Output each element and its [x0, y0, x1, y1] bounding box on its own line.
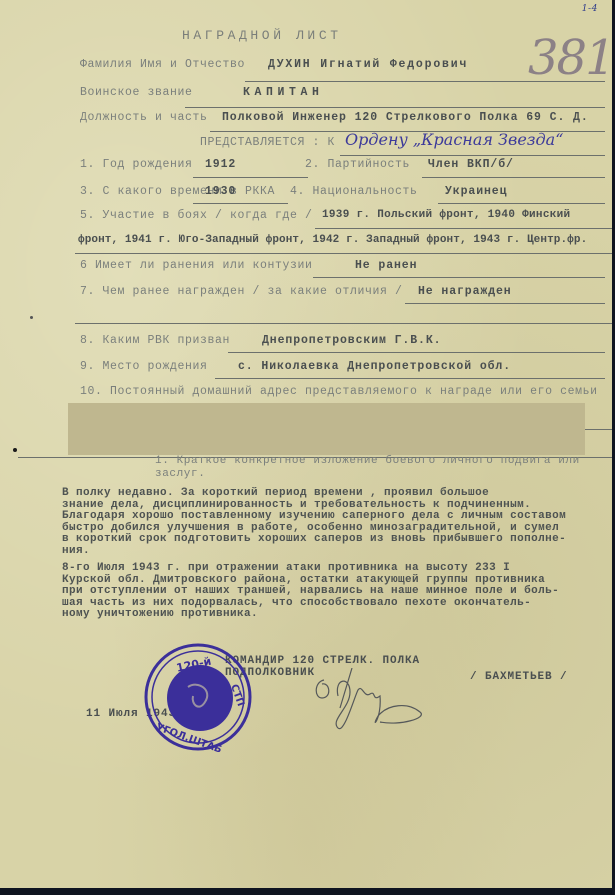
battles-value-line2: фронт, 1941 г. Юго-Западный фронт, 1942 …: [78, 234, 587, 246]
corner-mark: 1-4: [582, 4, 598, 14]
award-sheet-document: 1-4 НАГРАДНОЙ ЛИСТ 381 Фамилия Имя и Отч…: [0, 0, 612, 888]
nationality-underline: [438, 203, 605, 204]
birth-year-value: 1912: [205, 158, 236, 171]
section-header: 1. Краткое конкретное изложение боевого …: [155, 455, 585, 481]
birthplace-value: с. Николаевка Днепропетровской обл.: [238, 360, 511, 373]
narrative-line: в короткий срок подготовить хороших сапе…: [62, 534, 566, 546]
service-since-label: 3. С какого времени в РККА: [80, 185, 275, 198]
narrative-line: ному уничтожению противника.: [62, 609, 559, 621]
birthplace-label: 9. Место рождения: [80, 360, 208, 373]
narrative-paragraph-1: В полку недавно. За короткий период врем…: [62, 488, 566, 558]
service-since-value: 1930: [205, 185, 236, 198]
battles-label: 5. Участие в боях / когда где /: [80, 209, 313, 222]
battles-underline-1: [315, 228, 612, 229]
archive-number: 381: [528, 30, 612, 86]
address-redaction-box: [68, 403, 585, 455]
party-underline: [422, 177, 605, 178]
birthplace-underline: [215, 378, 605, 379]
handwritten-signature-icon: [310, 668, 445, 748]
position-label: Должность и часть: [80, 111, 208, 124]
rank-label: Воинское звание: [80, 86, 193, 99]
nominated-label: ПРЕДСТАВЛЯЕТСЯ : К: [200, 136, 335, 149]
wounds-label: 6 Имеет ли ранения или контузии: [80, 259, 313, 272]
narrative-line: ния.: [62, 546, 566, 558]
party-value: Член ВКП/б/: [428, 158, 514, 171]
narrative-paragraph-2: 8-го Июля 1943 г. при отражении атаки пр…: [62, 563, 559, 621]
document-title: НАГРАДНОЙ ЛИСТ: [182, 28, 342, 43]
address-underline-stub: [585, 429, 612, 430]
rvk-label: 8. Каким РВК призван: [80, 334, 230, 347]
nationality-value: Украинец: [445, 185, 507, 198]
service-since-underline: [193, 203, 288, 204]
battles-value-line1: 1939 г. Польский фронт, 1940 Финский: [322, 209, 570, 221]
wounds-value: Не ранен: [355, 259, 417, 272]
name-underline: [245, 81, 605, 82]
name-value: ДУХИН Игнатий Федорович: [268, 58, 468, 71]
narrative-line: 8-го Июля 1943 г. при отражении атаки пр…: [62, 563, 559, 575]
awards-underline-2: [75, 323, 612, 324]
nominated-value: Ордену „Красная Звезда“: [345, 130, 563, 149]
rank-underline: [185, 107, 605, 108]
birth-year-underline: [193, 177, 308, 178]
position-value: Полковой Инженер 120 Стрелкового Полка 6…: [222, 111, 589, 124]
rvk-underline: [228, 352, 605, 353]
address-label: 10. Постоянный домашний адрес представля…: [80, 385, 598, 398]
birth-year-label: 1. Год рождения: [80, 158, 193, 171]
rank-value: КАПИТАН: [243, 86, 324, 99]
signatory-name: / БАХМЕТЬЕВ /: [470, 671, 568, 683]
ink-speck: [13, 448, 17, 452]
wounds-underline: [313, 277, 605, 278]
battles-underline-2: [75, 253, 612, 254]
party-label: 2. Партийность: [305, 158, 410, 171]
unit-stamp-icon: 120-й УГОЛ.ШТАБ СТП: [143, 642, 253, 752]
ink-speck: [30, 316, 33, 319]
name-label: Фамилия Имя и Отчество: [80, 58, 245, 71]
narrative-line: В полку недавно. За короткий период врем…: [62, 488, 566, 500]
nominated-underline: [340, 155, 605, 156]
awards-label: 7. Чем ранее награжден / за какие отличи…: [80, 285, 403, 298]
signatory-title-line1: КОМАНДИР 120 СТРЕЛК. ПОЛКА: [225, 655, 420, 667]
rvk-value: Днепропетровским Г.В.К.: [262, 334, 441, 347]
awards-underline: [405, 303, 605, 304]
nationality-label: 4. Национальность: [290, 185, 418, 198]
awards-value: Не награжден: [418, 285, 512, 298]
